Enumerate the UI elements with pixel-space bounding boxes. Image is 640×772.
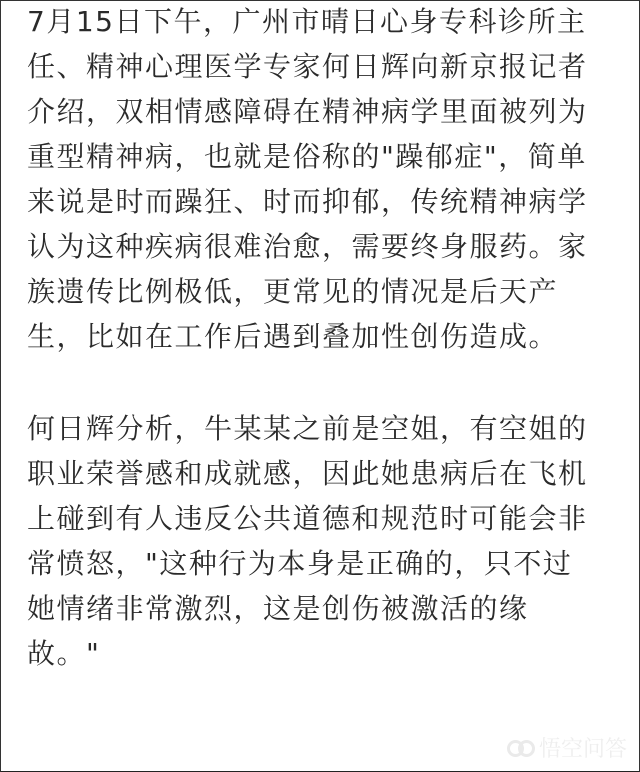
text-line: 何日辉分析，牛某某之前是空姐，有空姐的 (27, 406, 627, 451)
text-line: 生，比如在工作后遇到叠加性创伤造成。 (27, 314, 627, 359)
paragraph-2: 何日辉分析，牛某某之前是空姐，有空姐的 职业荣誉感和成就感，因此她患病后在飞机 … (27, 406, 627, 676)
text-line: 7月15日下午，广州市晴日心身专科诊所主 (27, 0, 627, 44)
wukong-logo-icon (507, 740, 533, 756)
document-frame: 7月15日下午，广州市晴日心身专科诊所主 任、精神心理医学专家何日辉向新京报记者… (0, 0, 640, 772)
text-line: 介绍，双相情感障碍在精神病学里面被列为 (27, 89, 627, 134)
paragraph-gap (27, 359, 627, 406)
paragraph-1: 7月15日下午，广州市晴日心身专科诊所主 任、精神心理医学专家何日辉向新京报记者… (27, 0, 627, 359)
text-line: 任、精神心理医学专家何日辉向新京报记者 (27, 44, 627, 89)
text-line: 重型精神病，也就是俗称的"躁郁症"，简单 (27, 134, 627, 179)
article-body: 7月15日下午，广州市晴日心身专科诊所主 任、精神心理医学专家何日辉向新京报记者… (27, 1, 627, 676)
text-line: 上碰到有人违反公共道德和规范时可能会非 (27, 496, 627, 541)
text-line: 职业荣誉感和成就感，因此她患病后在飞机 (27, 451, 627, 496)
text-line: 来说是时而躁狂、时而抑郁，传统精神病学 (27, 179, 627, 224)
watermark: 悟空问答 (507, 732, 627, 763)
text-line: 族遗传比例极低，更常见的情况是后天产 (27, 269, 627, 314)
text-line: 常愤怒，"这种行为本身是正确的，只不过 (27, 541, 627, 586)
text-line: 故。" (27, 631, 627, 676)
text-line: 认为这种疾病很难治愈，需要终身服药。家 (27, 224, 627, 269)
text-line: 她情绪非常激烈，这是创伤被激活的缘 (27, 586, 627, 631)
watermark-text: 悟空问答 (539, 732, 627, 763)
